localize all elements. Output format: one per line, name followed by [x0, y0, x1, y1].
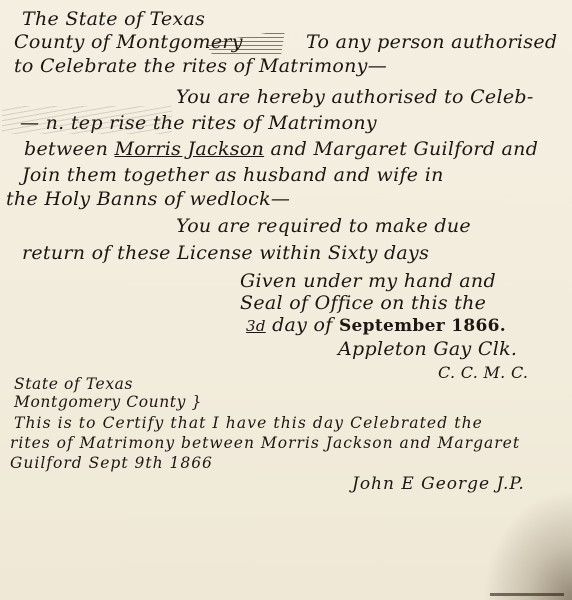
license-month-year: September 1866. [339, 316, 506, 336]
paper-edge-shadow [482, 490, 572, 600]
groom-name: Morris Jackson [114, 138, 264, 160]
certificate-state: State of Texas [14, 375, 133, 393]
license-line-required: You are required to make due [176, 215, 471, 237]
license-line-given: Given under my hand and [240, 270, 496, 292]
license-date-line: 3d day of September 1866. [246, 314, 506, 336]
license-addressee: To any person authorised [306, 31, 557, 53]
document-page: The State of Texas County of Montgomery … [0, 0, 572, 600]
license-line-rites: — n. tep rise the rites of Matrimony [20, 112, 377, 134]
license-day: 3d [246, 317, 266, 335]
license-line-authorised: You are hereby authorised to Celeb- [176, 86, 534, 108]
license-line-seal: Seal of Office on this the [240, 292, 486, 314]
certificate-statement: This is to Certify that I have this day … [14, 414, 483, 432]
clerk-title: C. C. M. C. [438, 363, 528, 382]
license-line-between: between Morris Jackson and Margaret Guil… [24, 138, 538, 160]
officiant-signature: John E George J.P. [352, 474, 525, 494]
certificate-county: Montgomery County } [14, 393, 202, 411]
paper-bottom-edge [490, 593, 564, 596]
license-state-heading: The State of Texas [22, 8, 205, 30]
license-day-of: day of [272, 314, 333, 336]
clerk-signature: Appleton Gay Clk. [338, 338, 517, 360]
license-line-join: Join them together as husband and wife i… [22, 164, 444, 186]
bride-name: and Margaret Guilford and [270, 138, 538, 160]
between-word: between [24, 138, 108, 160]
license-line-return: return of these License within Sixty day… [22, 242, 429, 264]
certificate-date-line: Guilford Sept 9th 1866 [10, 454, 213, 472]
certificate-rites-line: rites of Matrimony between Morris Jackso… [10, 434, 520, 452]
license-line-celebrate: to Celebrate the rites of Matrimony— [14, 55, 387, 77]
license-county-heading: County of Montgomery [14, 31, 243, 53]
license-line-wedlock: the Holy Banns of wedlock— [6, 188, 290, 210]
